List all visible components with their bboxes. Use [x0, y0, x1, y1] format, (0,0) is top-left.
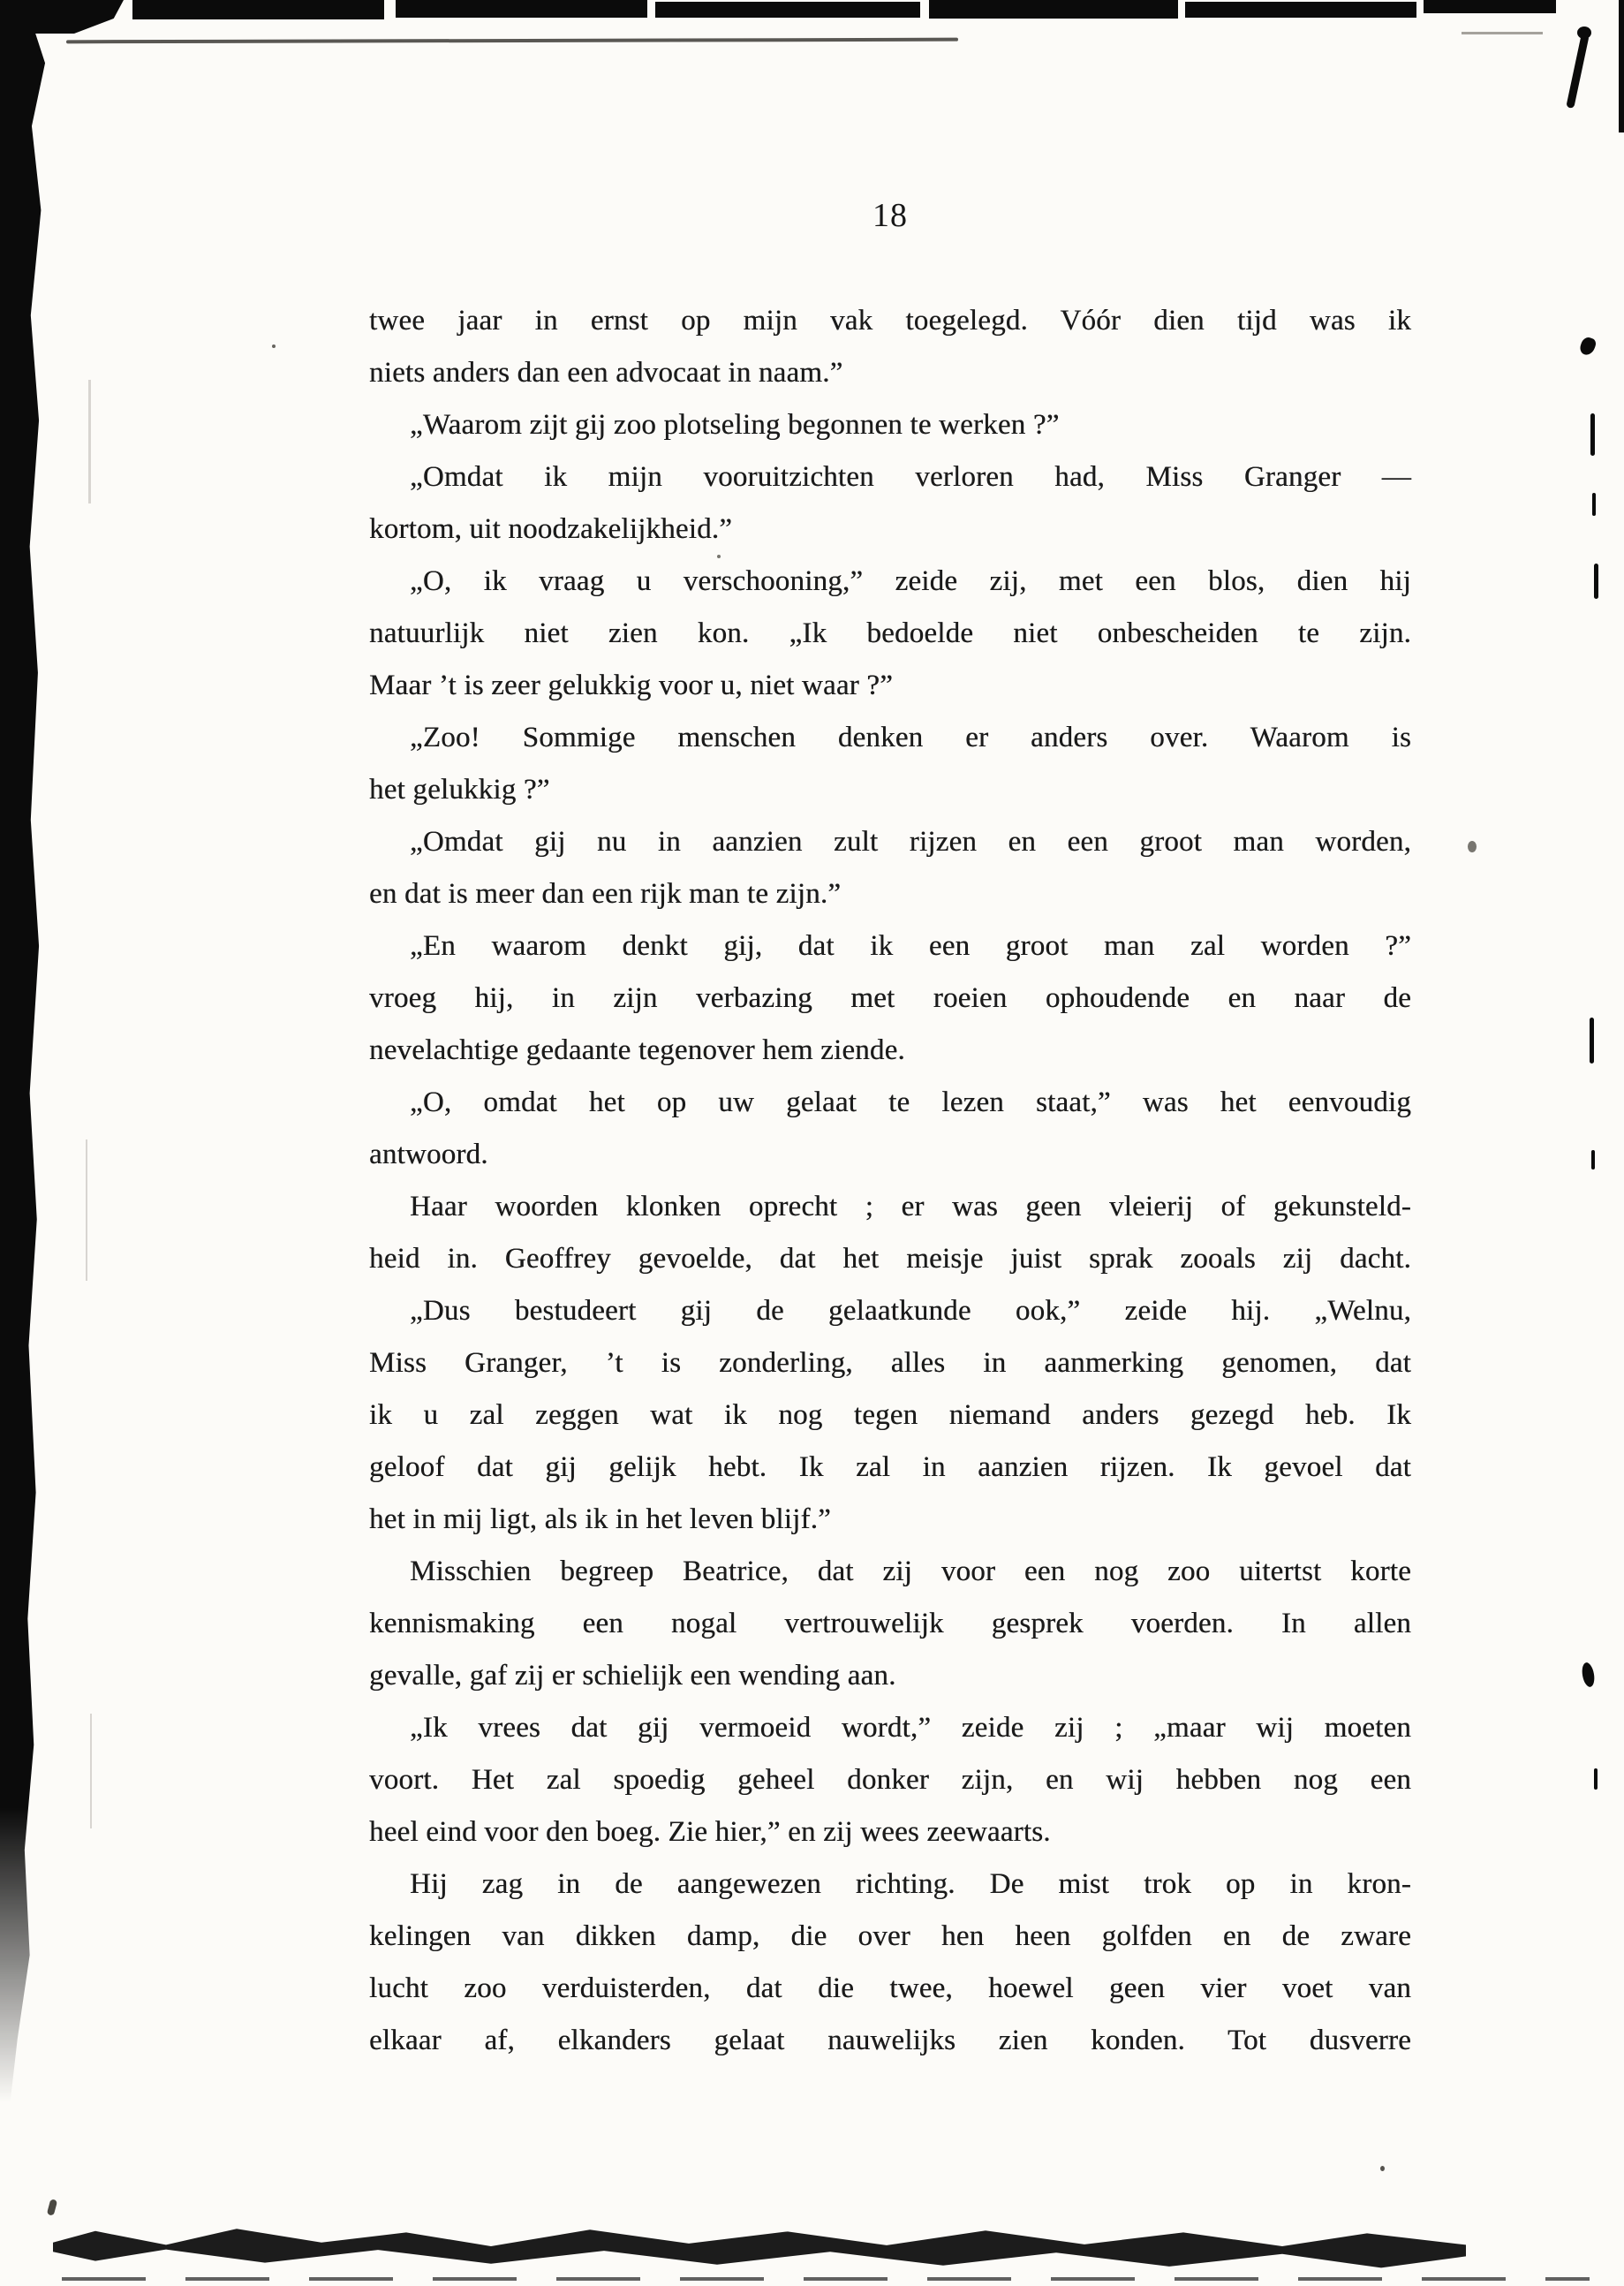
text-line: „Zoo! Sommige menschen denken er anders … [369, 712, 1411, 764]
text-line: gevalle, gaf zij er schielijk een wendin… [369, 1650, 1411, 1702]
text-line: Maar ’t is zeer gelukkig voor u, niet wa… [369, 660, 1411, 712]
text-block: twee jaar in ernst op mijn vak toegelegd… [369, 295, 1411, 2067]
page-number: 18 [369, 196, 1411, 235]
text-line: „En waarom denkt gij, dat ik een groot m… [369, 920, 1411, 973]
scan-artifact-speck [1380, 2166, 1385, 2171]
text-line: „Omdat gij nu in aanzien zult rijzen en … [369, 816, 1411, 868]
text-line: elkaar af, elkanders gelaat nauwelijks z… [369, 2015, 1411, 2067]
text-line: „O, omdat het op uw gelaat te lezen staa… [369, 1077, 1411, 1129]
text-line: kelingen van dikken damp, die over hen h… [369, 1911, 1411, 1963]
scan-artifact-dot [717, 555, 721, 558]
text-line: „O, ik vraag u verschooning,” zeide zij,… [369, 556, 1411, 608]
text-line: twee jaar in ernst op mijn vak toegelegd… [369, 295, 1411, 347]
scan-artifact-speck [1590, 1018, 1594, 1064]
scan-artifact-fold-line [88, 380, 91, 503]
text-line: geloof dat gij gelijk hebt. Ik zal in aa… [369, 1442, 1411, 1494]
scan-artifact-speck [1590, 413, 1595, 456]
scan-artifact-fold-line [86, 1139, 87, 1281]
text-line: „Dus bestudeert gij de gelaatkunde ook,”… [369, 1285, 1411, 1337]
text-line: Miss Granger, ’t is zonderling, alles in… [369, 1337, 1411, 1389]
scan-artifact-speck [1577, 26, 1591, 39]
text-line: heel eind voor den boeg. Zie hier,” en z… [369, 1806, 1411, 1858]
text-line: nevelachtige gedaante tegenover hem zien… [369, 1025, 1411, 1077]
scan-artifact-top-edge [132, 0, 384, 19]
text-line: en dat is meer dan een rijk man te zijn.… [369, 868, 1411, 920]
scan-artifact-bottom-dashes [62, 2277, 1590, 2281]
text-line: Hij zag in de aangewezen richting. De mi… [369, 1858, 1411, 1911]
text-line: antwoord. [369, 1129, 1411, 1181]
scan-artifact-rule-line [1462, 32, 1543, 34]
text-line: kennismaking een nogal vertrouwelijk ges… [369, 1598, 1411, 1650]
scan-artifact-top-edge [396, 0, 647, 18]
scan-artifact-top-edge [655, 2, 920, 18]
scan-artifact-hook-mark [1566, 34, 1589, 109]
scan-artifact-speck [1594, 564, 1598, 599]
scan-artifact-left-band [0, 0, 51, 2102]
scan-artifact-right-edge [1619, 0, 1624, 132]
scan-artifact-fold-line [90, 1714, 92, 1828]
scan-artifact-speck [1581, 1662, 1597, 1688]
scan-artifact-speck [1468, 841, 1477, 852]
scan-artifact-speck [1578, 336, 1598, 357]
text-line: kortom, uit noodzakelijkheid.” [369, 503, 1411, 556]
scan-artifact-speck [1591, 1150, 1595, 1169]
text-line: het in mij ligt, als ik in het leven bli… [369, 1494, 1411, 1546]
text-line: natuurlijk niet zien kon. „Ik bedoelde n… [369, 608, 1411, 660]
scan-artifact-speck [47, 2199, 57, 2215]
scan-artifact-speck [1592, 493, 1596, 516]
scan-artifact-top-edge [929, 0, 1178, 19]
scan-artifact-bottom-band [53, 2224, 1466, 2270]
text-line: „Waarom zijt gij zoo plotseling begonnen… [369, 399, 1411, 451]
text-line: vroeg hij, in zijn verbazing met roeien … [369, 973, 1411, 1025]
text-line: het gelukkig ?” [369, 764, 1411, 816]
text-line: niets anders dan een advocaat in naam.” [369, 347, 1411, 399]
scan-artifact-dot [272, 344, 276, 348]
scan-artifact-top-left-corner [0, 0, 124, 34]
text-line: „Omdat ik mijn vooruitzichten verloren h… [369, 451, 1411, 503]
text-line: lucht zoo verduisterden, dat die twee, h… [369, 1963, 1411, 2015]
scanned-book-page: 18 twee jaar in ernst op mijn vak toegel… [0, 0, 1624, 2286]
scan-artifact-rule-line [66, 38, 958, 44]
text-line: heid in. Geoffrey gevoelde, dat het meis… [369, 1233, 1411, 1285]
scan-artifact-top-edge [1185, 2, 1416, 18]
scan-artifact-speck [1594, 1768, 1598, 1790]
text-line: ik u zal zeggen wat ik nog tegen niemand… [369, 1389, 1411, 1442]
text-line: Misschien begreep Beatrice, dat zij voor… [369, 1546, 1411, 1598]
text-line: Haar woorden klonken oprecht ; er was ge… [369, 1181, 1411, 1233]
scan-artifact-top-edge [1424, 0, 1556, 13]
text-line: „Ik vrees dat gij vermoeid wordt,” zeide… [369, 1702, 1411, 1754]
text-line: voort. Het zal spoedig geheel donker zij… [369, 1754, 1411, 1806]
